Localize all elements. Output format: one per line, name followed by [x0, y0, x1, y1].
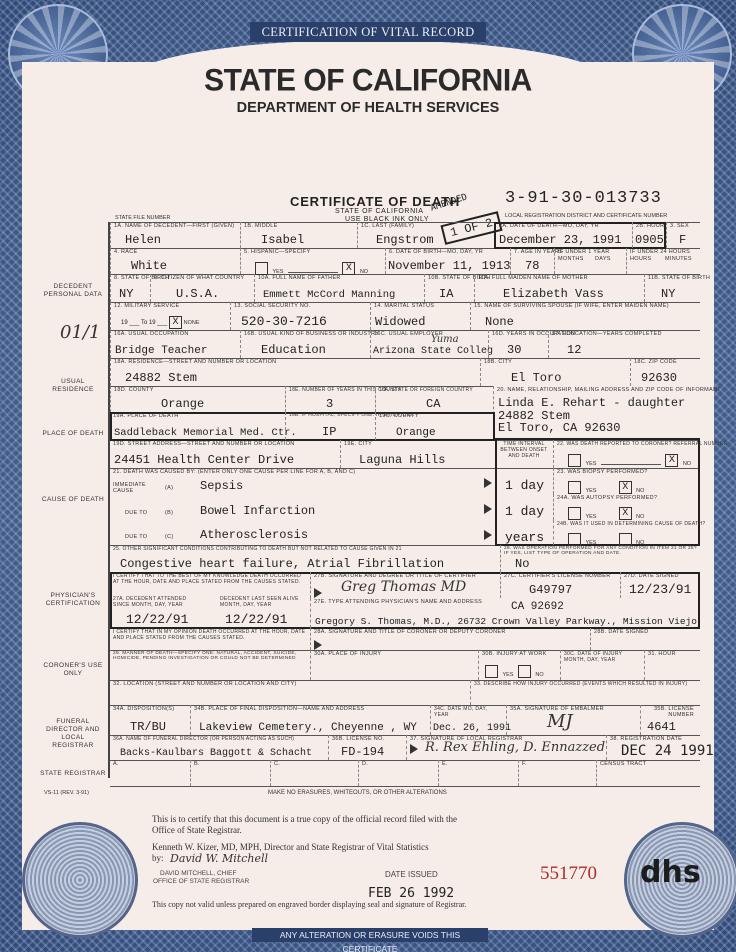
field-registrar-e[interactable]: E. — [438, 760, 518, 786]
validity-note: This copy not valid unless prepared on e… — [152, 900, 466, 909]
field-date-of-birth[interactable]: 6. Date of birth—mo, day, yr November 11… — [385, 248, 510, 274]
field-military-service[interactable]: 12. Military service 19 ___ To 19 ___ X … — [110, 302, 230, 330]
field-autopsy-used[interactable]: 24B. Was it used in determining cause of… — [553, 520, 700, 545]
field-coroner-reported[interactable]: 22. Was death reported to coroner? Refer… — [553, 440, 700, 468]
certificate-subtitle: STATE OF CALIFORNIA — [335, 208, 424, 215]
dhs-logo: dhs — [640, 855, 701, 890]
field-years-in-county[interactable]: 18E. Number of years in this county 3 — [285, 386, 375, 412]
last-seen-alive: 12/22/91 — [225, 612, 287, 627]
date-issued-label: DATE ISSUED — [385, 870, 438, 879]
chief-office: OFFICE OF STATE REGISTRAR — [153, 878, 249, 885]
field-cause-of-death[interactable]: 21. Death was caused by: (enter only one… — [110, 468, 495, 545]
section-cause: CAUSE OF DEATH — [40, 496, 106, 504]
chief-signature: David W. Mitchell — [170, 852, 268, 865]
field-citizen[interactable]: 9. Citizen of what country U.S.A. — [150, 274, 254, 302]
interval-header: Time interval between onset and death — [495, 440, 553, 468]
section-decedent: DECEDENT PERSONAL DATA — [40, 283, 106, 299]
field-race[interactable]: 4. Race White — [110, 248, 240, 274]
coroner-no-checkbox[interactable]: X — [665, 454, 678, 467]
field-father-name[interactable]: 10A. Full name of father Emmett McCord M… — [254, 274, 424, 302]
field-residence-street[interactable]: 18A. Residence—street and number or loca… — [110, 358, 480, 386]
field-business[interactable]: 16B. Usual kind of business or industry … — [240, 330, 370, 358]
department-title: DEPARTMENT OF HEALTH SERVICES — [0, 100, 736, 116]
field-registrar-f[interactable]: F. — [518, 760, 596, 786]
field-injury-location[interactable]: 32. Location (street and number or locat… — [110, 680, 470, 705]
bottom-banner: ANY ALTERATION OR ERASURE VOIDS THIS CER… — [252, 928, 488, 942]
field-disposition[interactable]: 34A. Disposition(s) TR/BU — [110, 705, 190, 735]
injury-work-no-checkbox[interactable] — [518, 665, 531, 678]
field-embalmer-signature[interactable]: 35A. Signature of embalmer MJ — [506, 705, 640, 735]
field-manner-of-death[interactable]: 29. Manner of death—specify one: natural… — [110, 650, 310, 680]
injury-work-yes-checkbox[interactable] — [485, 665, 498, 678]
military-none-checkbox[interactable]: X — [169, 316, 182, 329]
coroner-yes-checkbox[interactable] — [568, 454, 581, 467]
field-date-of-injury[interactable]: 30C. Date of injury month, day, year — [560, 650, 644, 680]
field-disposition-date[interactable]: 34C. Date mo, day, year Dec. 26, 1991 — [430, 705, 506, 735]
arrow-icon — [484, 530, 492, 540]
state-title: STATE OF CALIFORNIA — [0, 63, 736, 99]
field-date-of-death[interactable]: 2A. Date of death—mo, day, yr December 2… — [496, 222, 632, 248]
biopsy-no-checkbox[interactable]: X — [619, 481, 632, 494]
field-embalmer-license[interactable]: 35B. License number 4641 — [640, 705, 700, 735]
section-coroner: CORONER'S USE ONLY — [40, 662, 106, 678]
field-injury-description[interactable]: 33. Describe how injury occurred (events… — [470, 680, 700, 705]
field-place-of-injury[interactable]: 30A. Place of injury — [310, 650, 478, 680]
section-physician: PHYSICIAN'S CERTIFICATION — [40, 592, 106, 608]
field-date-signed[interactable]: 27D. Date signed 12/23/91 — [620, 572, 700, 598]
field-certifier-signature[interactable]: 27B. Signature and degree or title of ce… — [310, 572, 500, 598]
field-employer[interactable]: 16C. Usual employer Yuma Arizona State C… — [370, 330, 488, 358]
field-death-street[interactable]: 19D. Street address—street and number or… — [110, 440, 340, 468]
autopsy-no-checkbox[interactable]: X — [619, 507, 632, 520]
autopsy-yes-checkbox[interactable] — [568, 507, 581, 520]
field-mother-name[interactable]: 11A. Full maiden name of mother Elizabet… — [474, 274, 644, 302]
form-id: VS-11 (REV. 3-91) — [44, 790, 89, 796]
field-census-tract[interactable]: Census tract — [596, 760, 700, 786]
arrow-icon — [484, 504, 492, 514]
field-coroner-date[interactable]: 28B. Date signed — [590, 628, 700, 650]
top-banner: CERTIFICATION OF VITAL RECORD — [250, 22, 486, 42]
field-registrar-d[interactable]: D. — [358, 760, 438, 786]
field-injury-hour[interactable]: 31. Hour — [644, 650, 700, 680]
field-surviving-spouse[interactable]: 15. Name of surviving spouse (if wife, e… — [470, 302, 700, 330]
field-under-24-hours[interactable]: If under 24 hours Hours Minutes — [626, 248, 700, 274]
field-director-license[interactable]: 36B. License no. FD-194 — [328, 735, 406, 760]
certify-line-2: Office of State Registrar. — [152, 825, 242, 835]
field-local-registrar[interactable]: 37. Signature of local registrar R. Rex … — [406, 735, 606, 760]
field-middle-name[interactable]: 1B. Middle Isabel — [240, 222, 356, 248]
field-last-name[interactable]: 1C. Last (family) Engstrom — [357, 222, 497, 248]
section-residence: USUAL RESIDENCE — [40, 378, 106, 394]
field-residence-state[interactable]: 18F. State or foreign country CA — [375, 386, 493, 412]
arrow-icon — [484, 478, 492, 488]
section-funeral: FUNERAL DIRECTOR AND LOCAL REGISTRAR — [40, 718, 106, 750]
local-registration-label: LOCAL REGISTRATION DISTRICT AND CERTIFIC… — [505, 213, 667, 219]
field-registration-date[interactable]: 38. Registration date DEC 24 1991 — [606, 735, 700, 760]
field-years-occupation[interactable]: 16D. Years in occupation 30 — [488, 330, 548, 358]
field-coroner-signature[interactable]: 28A. Signature and title of coroner or d… — [310, 628, 590, 650]
field-residence-city[interactable]: 18B. City El Toro — [480, 358, 630, 386]
field-place-of-death[interactable]: 19A. Place of death Saddleback Memorial … — [110, 412, 285, 440]
field-registrar-c[interactable]: C. — [270, 760, 358, 786]
field-funeral-director[interactable]: 36A. Name of funeral director (or person… — [110, 735, 328, 760]
arrow-icon — [314, 588, 322, 598]
field-informant[interactable]: 20. Name, relationship, mailing address … — [493, 386, 700, 440]
field-certifier-license[interactable]: 27C. Certifier's license number G49797 — [500, 572, 620, 598]
field-residence-zip[interactable]: 18C. Zip code 92630 — [630, 358, 700, 386]
arrow-icon — [314, 640, 322, 650]
field-father-birth-state[interactable]: 10B. State of birth IA — [424, 274, 474, 302]
biopsy-yes-checkbox[interactable] — [568, 481, 581, 494]
by-label: by: — [152, 853, 164, 863]
serial-number: 551770 — [540, 863, 597, 885]
field-sex[interactable]: 3. Sex F — [666, 222, 700, 248]
field-hospital-type[interactable]: 19B. If hospital, specify one: IP, ER/OP… — [285, 412, 375, 440]
field-ssn[interactable]: 13. Social security no. 520-30-7216 — [230, 302, 370, 330]
field-operation[interactable]: 26. Was operation performed for any cond… — [500, 545, 700, 572]
coroner-certify: I certify that in my opinion death occur… — [110, 628, 310, 650]
field-autopsy[interactable]: 24A. Was autopsy performed? Yes X No — [553, 494, 700, 520]
field-final-disposition-place[interactable]: 34B. Place of final disposition—name and… — [190, 705, 430, 735]
section-place-of-death: PLACE OF DEATH — [40, 430, 106, 438]
state-seal-icon — [22, 822, 138, 938]
date-issued: FEB 26 1992 — [368, 886, 454, 901]
field-education[interactable]: 17. Education—years completed 12 — [548, 330, 700, 358]
state-file-number-label: STATE FILE NUMBER — [115, 215, 170, 221]
field-injury-at-work[interactable]: 30B. Injury at work Yes No — [478, 650, 560, 680]
margin-note: 01/1 — [60, 322, 100, 343]
certify-line-1: This is to certify that this document is… — [152, 814, 457, 824]
arrow-icon — [410, 744, 418, 754]
chief-name: DAVID MITCHELL, CHIEF — [160, 870, 236, 877]
field-occupation[interactable]: 16A. Usual occupation Bridge Teacher — [110, 330, 240, 358]
field-first-name[interactable]: 1A. Name of decedent—first (given) Helen — [110, 222, 228, 248]
no-erasures-note: MAKE NO ERASURES, WHITEOUTS, OR OTHER AL… — [268, 790, 447, 796]
row-rule — [110, 786, 700, 787]
field-mother-birth-state[interactable]: 11B. State of birth NY — [644, 274, 700, 302]
field-residence-county[interactable]: 18D. County Orange — [110, 386, 285, 412]
field-biopsy[interactable]: 23. Was biopsy performed? Yes X No — [553, 468, 700, 494]
field-under-1-year[interactable]: If under 1 year Months Days — [554, 248, 626, 274]
certificate-number: 3-91-30-013733 — [505, 189, 662, 208]
field-physician-certify: I certify that to the best of my knowled… — [110, 572, 310, 628]
field-death-city[interactable]: 19E. City Laguna Hills — [340, 440, 480, 468]
attended-since: 12/22/91 — [126, 612, 188, 627]
field-registrar-b[interactable]: B. — [190, 760, 270, 786]
field-hour[interactable]: 2B. Hour 0905 — [632, 222, 666, 248]
field-age[interactable]: 7. Age in years 78 — [510, 248, 554, 274]
field-hispanic[interactable]: 5. Hispanic—specify Yes X No — [240, 248, 385, 274]
section-state-registrar: STATE REGISTRAR — [40, 770, 106, 778]
field-other-conditions[interactable]: 25. Other significant conditions contrib… — [110, 545, 500, 572]
field-physician-name[interactable]: 27E. Type attending physician's name and… — [310, 598, 700, 628]
field-registrar-a[interactable]: A. — [110, 760, 190, 786]
field-birth-state[interactable]: 8. State of birth NY — [110, 274, 150, 302]
field-marital-status[interactable]: 14. Marital status Widowed — [370, 302, 470, 330]
field-death-county[interactable]: 19C. County Orange — [375, 412, 493, 440]
director-line: Kenneth W. Kizer, MD, MPH, Director and … — [152, 842, 429, 852]
